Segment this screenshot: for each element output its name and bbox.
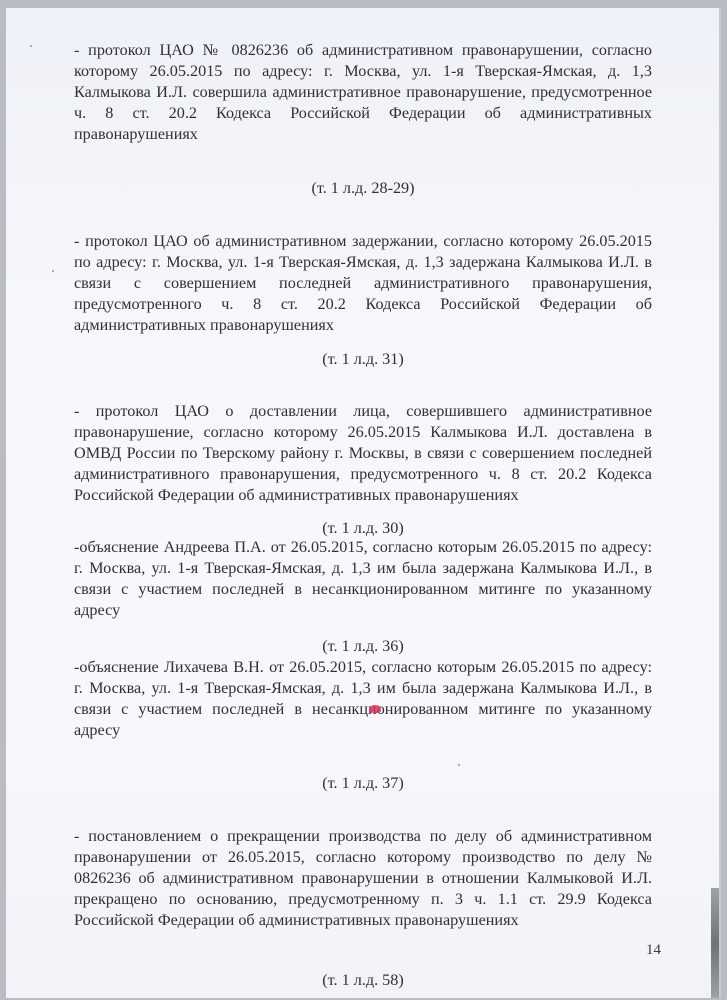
case-reference-4: (т. 1 л.д. 36): [74, 636, 652, 657]
page-edge-shadow: [711, 888, 719, 998]
case-reference-3: (т. 1 л.д. 30): [74, 518, 652, 539]
evidence-paragraph-1: - протокол ЦАО № 0826236 об администрати…: [74, 40, 652, 145]
scan-speck: [458, 764, 460, 766]
evidence-paragraph-4: -объяснение Андреева П.А. от 26.05.2015,…: [74, 537, 652, 621]
scan-speck: [370, 455, 372, 457]
evidence-paragraph-2: - протокол ЦАО об административном задер…: [74, 231, 652, 336]
scan-speck: [30, 45, 32, 47]
case-reference-1: (т. 1 л.д. 28-29): [74, 178, 652, 199]
scan-speck: [52, 270, 54, 272]
evidence-paragraph-3: - протокол ЦАО о доставлении лица, совер…: [74, 401, 652, 506]
evidence-paragraph-5: -объяснение Лихачева В.Н. от 26.05.2015,…: [74, 657, 652, 741]
case-reference-6: (т. 1 л.д. 58): [74, 970, 652, 991]
evidence-paragraph-6: - постановлением о прекращении производс…: [74, 826, 652, 931]
page-number: 14: [646, 942, 661, 959]
red-stamp-mark: [369, 705, 381, 713]
case-reference-5: (т. 1 л.д. 37): [74, 773, 652, 794]
case-reference-2: (т. 1 л.д. 31): [74, 349, 652, 370]
